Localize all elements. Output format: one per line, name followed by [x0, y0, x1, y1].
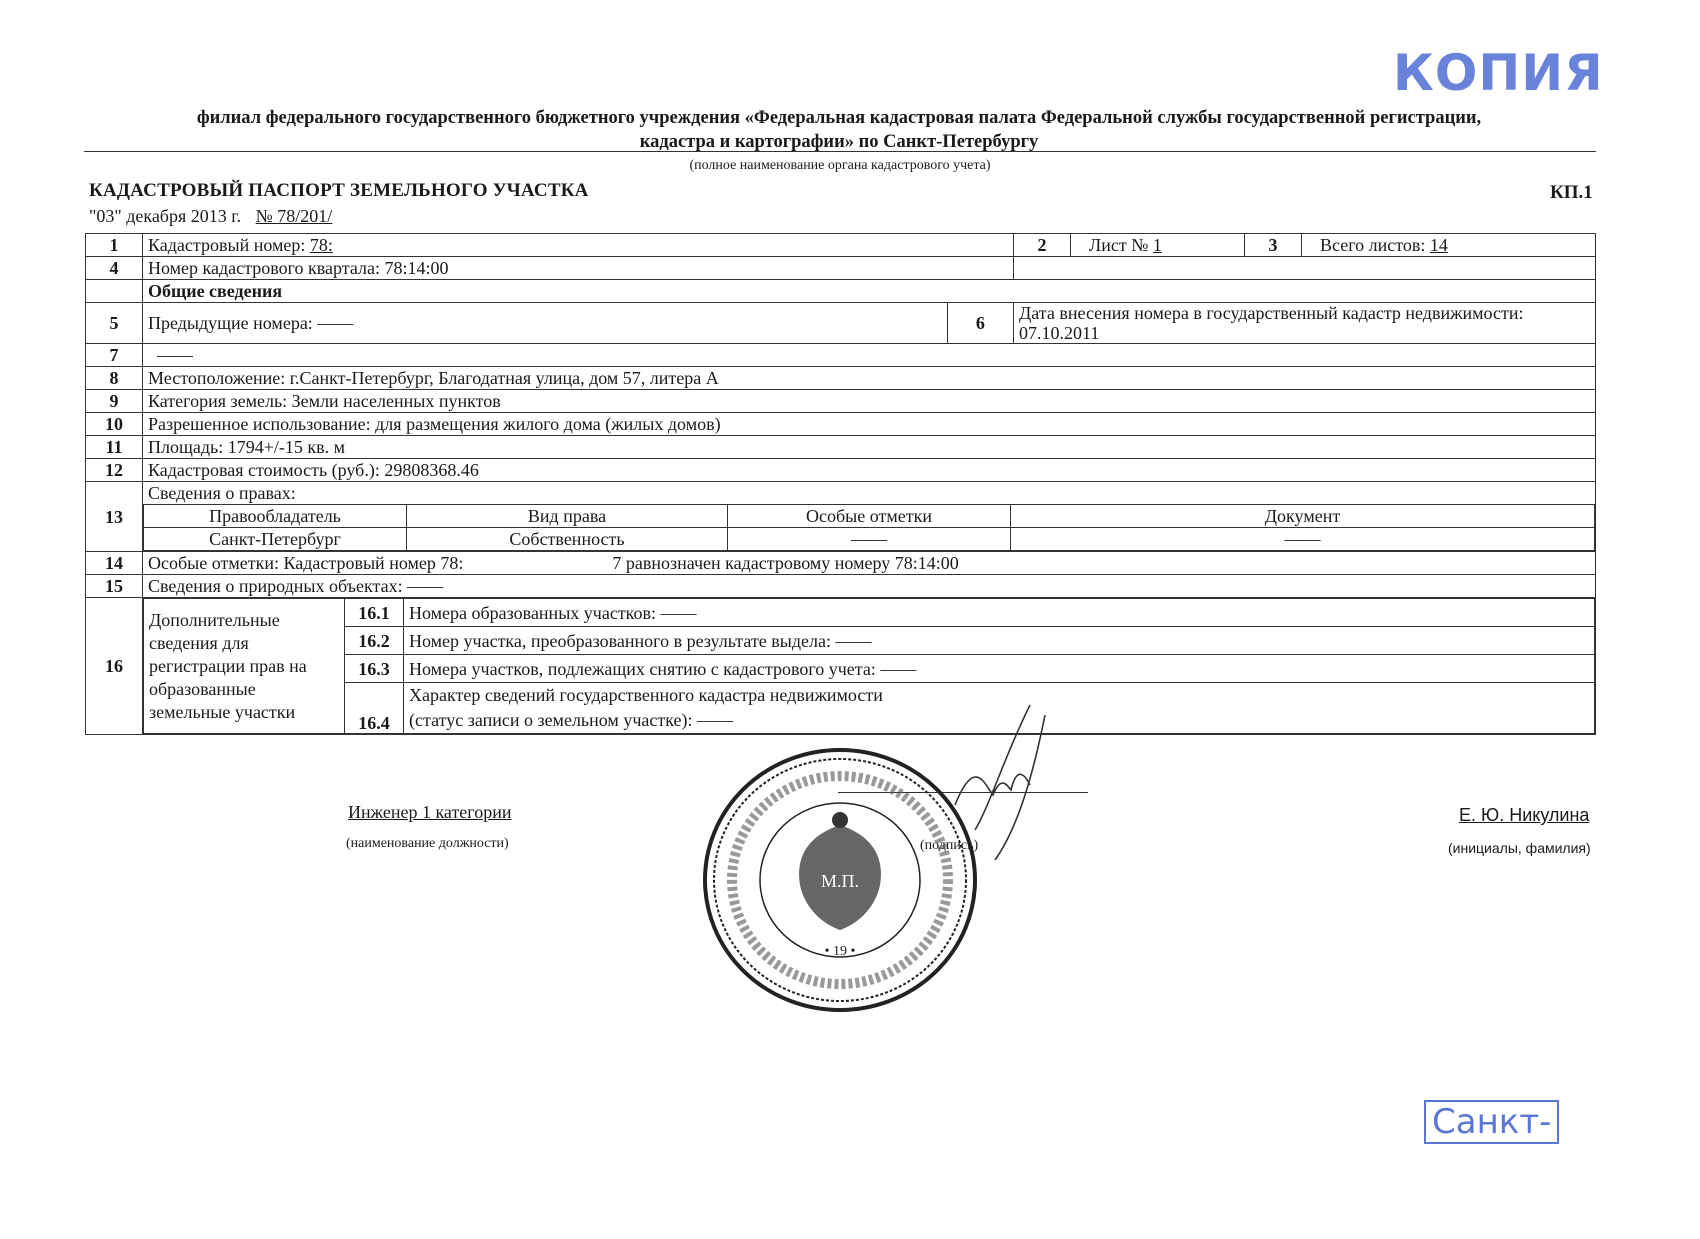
row-num: 10	[86, 413, 143, 436]
row-num: 11	[86, 436, 143, 459]
row-14: 14 Особые отметки: Кадастровый номер 78:…	[86, 552, 1596, 575]
item-num: 16.3	[345, 655, 404, 683]
section-row: Общие сведения	[86, 280, 1596, 303]
additional-info-table: Дополнительные сведения для регистрации …	[143, 598, 1595, 734]
row-num: 2	[1014, 234, 1071, 257]
row-7: 7 ——	[86, 344, 1596, 367]
land-category: Категория земель: Земли населенных пункт…	[143, 390, 1596, 413]
area: Площадь: 1794+/-15 кв. м	[143, 436, 1596, 459]
issue-date: "03" декабря 2013 г.	[89, 206, 241, 226]
form-code: КП.1	[1550, 182, 1593, 204]
rights-holder: Санкт-Петербург	[144, 528, 407, 551]
row-15: 15 Сведения о природных объектах: ——	[86, 575, 1596, 598]
row-12: 12 Кадастровая стоимость (руб.): 2980836…	[86, 459, 1596, 482]
total-sheets-value: 14	[1430, 235, 1448, 255]
rights-title: Сведения о правах:	[143, 482, 1595, 504]
city-stamp: Санкт-	[1424, 1100, 1559, 1144]
natural-objects: Сведения о природных объектах: ——	[143, 575, 1596, 598]
additional-info-cell: Дополнительные сведения для регистрации …	[143, 598, 1596, 735]
rights-header: Особые отметки	[728, 505, 1011, 528]
row-num: 3	[1245, 234, 1302, 257]
sheet-value: 1	[1153, 235, 1162, 255]
row-num: 9	[86, 390, 143, 413]
org-caption: (полное наименование органа кадастрового…	[84, 158, 1596, 174]
row-7-value: ——	[143, 344, 1596, 367]
row-11: 11 Площадь: 1794+/-15 кв. м	[86, 436, 1596, 459]
previous-numbers: Предыдущие номера: ——	[143, 303, 948, 344]
permitted-use: Разрешенное использование: для размещени…	[143, 413, 1596, 436]
issue-date-line: "03" декабря 2013 г. № 78/201/	[89, 206, 332, 227]
row-8: 8 Местоположение: г.Санкт-Петербург, Бла…	[86, 367, 1596, 390]
item-16-3: 16.3 Номера участков, подлежащих снятию …	[144, 655, 1595, 683]
additional-info-label: Дополнительные сведения для регистрации …	[144, 599, 345, 734]
org-name-line1: филиал федерального государственного бюд…	[84, 106, 1594, 130]
svg-text:• 19 •: • 19 •	[825, 944, 856, 959]
total-sheets-cell: Всего листов: 14	[1302, 234, 1596, 257]
rights-header: Правообладатель	[144, 505, 407, 528]
row-num: 16	[86, 598, 143, 735]
name-caption: (инициалы, фамилия)	[1448, 840, 1591, 856]
rights-header: Документ	[1011, 505, 1595, 528]
special-notes-part2: 7 равнозначен кадастровому номеру 78:14:…	[612, 553, 958, 573]
item-num: 16.2	[345, 627, 404, 655]
special-notes: Особые отметки: Кадастровый номер 78: 7 …	[143, 552, 1596, 575]
row-9: 9 Категория земель: Земли населенных пун…	[86, 390, 1596, 413]
right-type: Собственность	[407, 528, 728, 551]
location: Местоположение: г.Санкт-Петербург, Благо…	[143, 367, 1596, 390]
official-seal-icon: М.П. • 19 •	[700, 745, 980, 1015]
position-caption: (наименование должности)	[346, 836, 509, 852]
row-num: 1	[86, 234, 143, 257]
item-num: 16.4	[345, 683, 404, 734]
row-num	[86, 280, 143, 303]
position-title: Инженер 1 категории	[348, 802, 512, 823]
rights-data-row: Санкт-Петербург Собственность —— ——	[144, 528, 1595, 551]
cadastral-quarter: Номер кадастрового квартала: 78:14:00	[143, 257, 1014, 280]
row-num: 13	[86, 482, 143, 552]
cadastral-number-label: Кадастровый номер:	[148, 235, 305, 255]
item-16-1: Дополнительные сведения для регистрации …	[144, 599, 1595, 627]
org-underline	[84, 151, 1596, 152]
rights-document: ——	[1011, 528, 1595, 551]
document-number: № 78/201/	[256, 206, 333, 226]
empty-cell	[1014, 257, 1596, 280]
total-sheets-label: Всего листов:	[1320, 235, 1425, 255]
registration-date: Дата внесения номера в государственный к…	[1014, 303, 1596, 344]
row-num: 5	[86, 303, 143, 344]
signer-name: Е. Ю. Никулина	[1459, 805, 1589, 826]
item-num: 16.1	[345, 599, 404, 627]
row-num: 14	[86, 552, 143, 575]
item-16-4: 16.4 Характер сведений государственного …	[144, 683, 1595, 734]
special-notes-part1: Особые отметки: Кадастровый номер 78:	[148, 553, 463, 573]
rights-cell: Сведения о правах: Правообладатель Вид п…	[143, 482, 1596, 552]
passport-table: 1 Кадастровый номер: 78: 2 Лист № 1 3 Вс…	[85, 233, 1596, 735]
rights-table: Правообладатель Вид права Особые отметки…	[143, 504, 1595, 551]
cadastral-number-value: 78:	[310, 235, 333, 255]
transformed-plot: Номер участка, преобразованного в резуль…	[404, 627, 1595, 655]
section-general-info: Общие сведения	[143, 280, 1596, 303]
copy-stamp: КОПИЯ	[1393, 44, 1604, 102]
cadastral-value: Кадастровая стоимость (руб.): 29808368.4…	[143, 459, 1596, 482]
row-4: 4 Номер кадастрового квартала: 78:14:00	[86, 257, 1596, 280]
row-16: 16 Дополнительные сведения для регистрац…	[86, 598, 1596, 735]
plots-to-remove: Номера участков, подлежащих снятию с кад…	[404, 655, 1595, 683]
row-num: 4	[86, 257, 143, 280]
sheet-label: Лист №	[1089, 235, 1148, 255]
rights-notes: ——	[728, 528, 1011, 551]
row-10: 10 Разрешенное использование: для размещ…	[86, 413, 1596, 436]
row-num: 8	[86, 367, 143, 390]
document-title: КАДАСТРОВЫЙ ПАСПОРТ ЗЕМЕЛЬНОГО УЧАСТКА	[89, 180, 589, 202]
row-num: 15	[86, 575, 143, 598]
row-5-6: 5 Предыдущие номера: —— 6 Дата внесения …	[86, 303, 1596, 344]
cadastral-number-cell: Кадастровый номер: 78:	[143, 234, 1014, 257]
row-1: 1 Кадастровый номер: 78: 2 Лист № 1 3 Вс…	[86, 234, 1596, 257]
row-13: 13 Сведения о правах: Правообладатель Ви…	[86, 482, 1596, 552]
row-num: 6	[947, 303, 1013, 344]
rights-header-row: Правообладатель Вид права Особые отметки…	[144, 505, 1595, 528]
svg-text:М.П.: М.П.	[821, 871, 859, 891]
sheet-number-cell: Лист № 1	[1071, 234, 1245, 257]
item-16-2: 16.2 Номер участка, преобразованного в р…	[144, 627, 1595, 655]
row-num: 12	[86, 459, 143, 482]
row-num: 7	[86, 344, 143, 367]
rights-header: Вид права	[407, 505, 728, 528]
formed-plots: Номера образованных участков: ——	[404, 599, 1595, 627]
